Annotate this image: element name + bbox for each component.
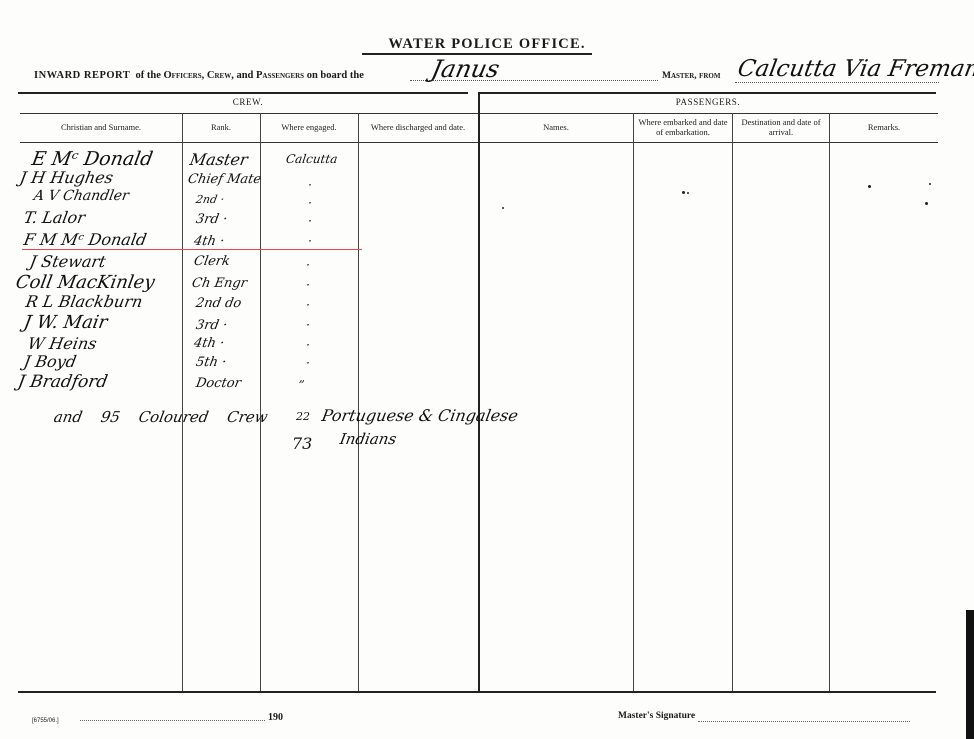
crew-engaged-cell[interactable]: · [307,214,313,228]
crew-engaged-cell[interactable]: · [305,258,311,272]
coloured-crew-group-1[interactable]: Portuguese & Cingalese [320,406,519,425]
ship-name-field[interactable]: Janus [429,55,502,83]
from-port-field-line [735,82,939,83]
col-divider [829,113,830,691]
scan-edge-shadow [966,610,974,739]
crew-rank-cell[interactable]: 4th · [193,336,226,351]
coloured-crew-count-1[interactable]: 22 [296,410,310,423]
crew-engaged-cell[interactable]: · [307,234,313,248]
crew-section-title: CREW. [18,97,478,107]
date-field-line[interactable] [80,720,265,721]
bottom-rule [18,691,936,693]
crew-rank-cell[interactable]: 2nd · [195,193,225,206]
crew-name-cell[interactable]: J H Hughes [18,168,114,187]
col-header-name: Christian and Surname. [20,122,182,132]
scan-speck [868,185,871,188]
col-header-where-embarked: Where embarked and date of embarkation. [634,117,732,137]
year-prefix: 190 [268,712,283,723]
crew-name-cell[interactable]: J Stewart [28,252,107,271]
col-header-where-discharged: Where discharged and date. [358,122,478,132]
crew-rank-cell[interactable]: 4th · [193,234,226,249]
crew-engaged-cell[interactable]: · [305,338,311,352]
crew-name-cell[interactable]: A V Chandler [33,188,130,204]
crew-name-cell[interactable]: J Boyd [22,352,78,371]
crew-rank-cell[interactable]: 3rd · [195,212,229,227]
scan-speck [929,183,931,185]
crew-engaged-cell[interactable]: · [305,356,311,370]
crew-rank-cell[interactable]: 2nd do [195,296,243,311]
masters-signature-field[interactable] [698,721,910,722]
from-port-field[interactable]: Calcutta Via Fremantle [736,56,974,82]
crew-rank-cell[interactable]: Ch Engr [191,276,249,291]
page-title: WATER POLICE OFFICE. [0,36,974,53]
col-header-where-engaged: Where engaged. [260,122,358,132]
coloured-crew-count-2[interactable]: 73 [292,434,312,453]
col-header-rank: Rank. [182,122,260,132]
crew-rank-cell[interactable]: 5th · [195,355,228,370]
col-divider [732,113,733,691]
crew-name-cell[interactable]: E Mᶜ Donald [30,148,154,170]
crew-name-cell[interactable]: W Heins [26,334,98,353]
crew-name-cell[interactable]: R L Blackburn [24,292,144,311]
crew-name-cell[interactable]: F M Mᶜ Donald [22,230,148,249]
crew-rank-cell[interactable]: 3rd · [195,318,229,333]
top-rule-right [478,92,936,94]
coloured-crew-summary[interactable]: and 95 Coloured Crew [52,408,269,426]
crew-name-cell[interactable]: J Bradford [16,372,109,392]
crew-engaged-cell[interactable]: · [305,298,311,312]
top-rule-left [18,92,468,94]
crew-rank-cell[interactable]: Clerk [193,254,232,269]
crew-rank-cell[interactable]: Chief Mate [187,172,263,187]
crew-engaged-cell[interactable]: · [307,178,313,192]
crew-engaged-cell[interactable]: Calcutta [285,152,338,166]
crew-name-cell[interactable]: J W. Mair [22,312,109,333]
red-underline [22,249,362,250]
crew-name-cell[interactable]: T. Lalor [22,208,86,227]
coloured-crew-group-2[interactable]: Indians [338,430,397,448]
col-header-passenger-names: Names. [480,122,632,132]
crew-engaged-cell[interactable]: ” [297,378,305,392]
col-divider [182,113,183,691]
col-divider [358,113,359,691]
col-divider [633,113,634,691]
section-divider [478,93,480,691]
passengers-header-rule [480,113,938,114]
report-line: INWARD REPORT of the Officers, Crew, and… [34,70,364,81]
scan-speck [502,207,504,209]
crew-rank-cell[interactable]: Doctor [195,376,242,391]
report-prefix: INWARD REPORT [34,70,130,81]
crew-header-rule [20,113,478,114]
col-header-destination: Destination and date of arrival. [732,117,830,137]
col-header-remarks: Remarks. [830,122,938,132]
form-code: [6755/06.] [32,718,59,724]
scan-speck [687,192,689,194]
scan-speck [925,202,928,205]
crew-engaged-cell[interactable]: · [305,278,311,292]
crew-name-cell[interactable]: Coll MacKinley [14,272,156,293]
crew-engaged-cell[interactable]: · [307,196,313,210]
masters-signature-label: Master's Signature [618,711,695,721]
scan-speck [682,191,685,194]
crew-rank-cell[interactable]: Master [188,150,249,169]
passengers-section-title: PASSENGERS. [480,97,936,107]
col-divider [260,113,261,691]
crew-engaged-cell[interactable]: · [305,318,311,332]
master-from-label: Master, from [662,71,720,81]
